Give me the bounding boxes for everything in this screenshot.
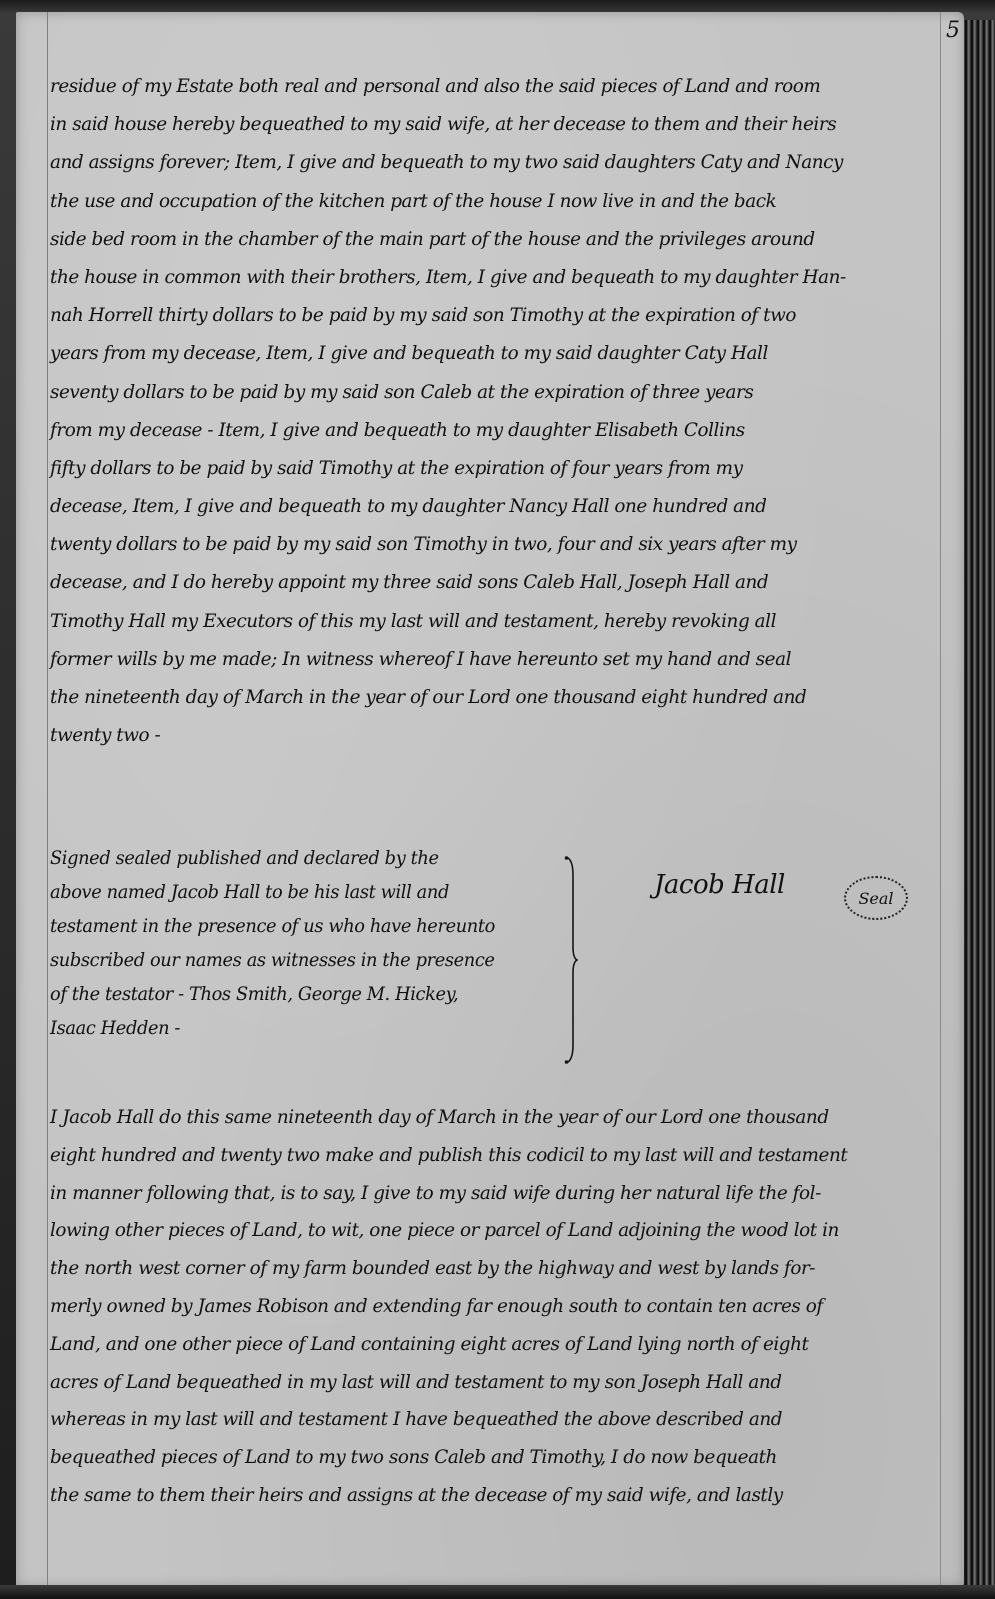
text-line: the north west corner of my farm bounded… [50, 1250, 940, 1288]
attestation-line: Isaac Hedden - [50, 1012, 550, 1046]
text-line: lowing other pieces of Land, to wit, one… [50, 1212, 940, 1250]
ledger-page: 5 residue of my Estate both real and per… [16, 12, 964, 1587]
text-line: residue of my Estate both real and perso… [50, 68, 940, 106]
text-line: in manner following that, is to say, I g… [50, 1175, 940, 1213]
text-line: I Jacob Hall do this same nineteenth day… [50, 1099, 940, 1137]
text-line: seventy dollars to be paid by my said so… [50, 374, 940, 412]
text-line: whereas in my last will and testament I … [50, 1401, 940, 1439]
text-line: former wills by me made; In witness wher… [50, 641, 940, 679]
text-line: the nineteenth day of March in the year … [50, 679, 940, 717]
codicil-text-block: I Jacob Hall do this same nineteenth day… [50, 1099, 946, 1515]
text-line: eight hundred and twenty two make and pu… [50, 1137, 940, 1175]
left-margin-rule [47, 12, 48, 1587]
text-line: acres of Land bequeathed in my last will… [50, 1364, 940, 1402]
attestation-line: testament in the presence of us who have… [50, 910, 550, 944]
text-line: the use and occupation of the kitchen pa… [50, 183, 940, 221]
testator-signature: Jacob Hall [654, 870, 785, 900]
page-number: 5 [946, 18, 960, 43]
text-line: decease, and I do hereby appoint my thre… [50, 564, 940, 602]
right-brace-icon [564, 855, 578, 1065]
text-line: Timothy Hall my Executors of this my las… [50, 603, 940, 641]
seal-label: Seal [858, 889, 893, 908]
attestation-line: above named Jacob Hall to be his last wi… [50, 876, 550, 910]
will-text-block: residue of my Estate both real and perso… [50, 68, 946, 755]
attestation-line: Signed sealed published and declared by … [50, 842, 550, 876]
text-line: from my decease - Item, I give and beque… [50, 412, 940, 450]
text-line: twenty dollars to be paid by my said son… [50, 526, 940, 564]
text-line: decease, Item, I give and bequeath to my… [50, 488, 940, 526]
book-page-edges [965, 20, 995, 1599]
text-line: and assigns forever; Item, I give and be… [50, 144, 940, 182]
text-line: nah Horrell thirty dollars to be paid by… [50, 297, 940, 335]
attestation-clause: Signed sealed published and declared by … [50, 842, 570, 1046]
text-line: fifty dollars to be paid by said Timothy… [50, 450, 940, 488]
seal-mark: Seal [844, 876, 908, 920]
text-line: twenty two - [50, 717, 940, 755]
text-line: bequeathed pieces of Land to my two sons… [50, 1439, 940, 1477]
text-line: the same to them their heirs and assigns… [50, 1477, 940, 1515]
text-line: the house in common with their brothers,… [50, 259, 940, 297]
text-line: Land, and one other piece of Land contai… [50, 1326, 940, 1364]
book-bottom-edge [0, 1585, 995, 1599]
text-line: side bed room in the chamber of the main… [50, 221, 940, 259]
text-line: in said house hereby bequeathed to my sa… [50, 106, 940, 144]
text-line: years from my decease, Item, I give and … [50, 335, 940, 373]
attestation-line: of the testator - Thos Smith, George M. … [50, 978, 550, 1012]
attestation-line: subscribed our names as witnesses in the… [50, 944, 550, 978]
text-line: merly owned by James Robison and extendi… [50, 1288, 940, 1326]
